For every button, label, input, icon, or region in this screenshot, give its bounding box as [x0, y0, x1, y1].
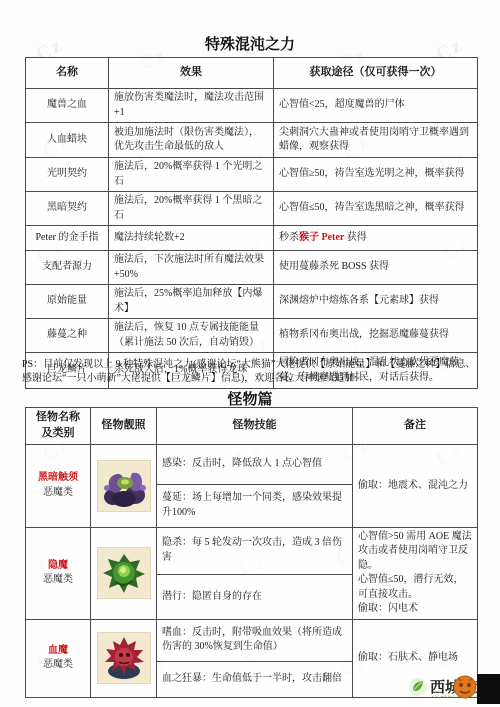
monster-row: 血魔 恶魔类 嗜血：反击时，附带吸血效果（将所造成伤害的 30%恢复到生命值） …	[26, 619, 478, 661]
column-header-skill: 怪物技能	[157, 408, 353, 445]
dark-tentacle-monster-image	[97, 460, 151, 512]
item-name: 光明契约	[26, 158, 109, 192]
monster-name-cell: 血魔 恶魔类	[26, 619, 91, 697]
monster-name: 黑暗触须	[31, 471, 85, 486]
monster-skill: 蔓延：场上每增加一个同类，感染效果提升100%	[157, 484, 353, 527]
table-row: Peter 的金手指 魔法持续轮数+2 秒杀猴子 Peter 获得	[26, 226, 478, 251]
table-row: 魔兽之血 施放伤害类魔法时，魔法攻击范围+1 心智值<25，超度魔兽的尸体	[26, 89, 478, 123]
item-effect: 施法后，20%概率获得 1 个光明之石	[109, 158, 274, 192]
monster-row: 黑暗触须 恶魔类	[26, 444, 478, 484]
table-row: 光明契约 施法后，20%概率获得 1 个光明之石 心智值≥50，祷告室选光明之神…	[26, 158, 478, 192]
item-acquire: 深渊熔炉中熔炼各系【元素球】获得	[274, 285, 478, 319]
item-acquire: 植物系冈布奥出战，挖掘恶魔藤蔓获得	[274, 319, 478, 353]
ps-note: PS：目前仅发现以上 9 种特殊混沌之力(感谢论坛“大熊猫”大佬提供【原始能量】…	[22, 358, 480, 385]
section-title-monsters: 怪物篇	[0, 388, 500, 409]
item-acquire: 心智值≤50，祷告室选黑暗之神，概率获得	[274, 192, 478, 226]
table-row: 藤蔓之种 施法后，恢复 10 点专属技能能量（累计施法 50 次后，自动销毁） …	[26, 319, 478, 353]
item-effect: 施放伤害类魔法时，魔法攻击范围+1	[109, 89, 274, 123]
monster-note: 偷取：地震术、混沌之力	[353, 444, 478, 527]
chaos-power-table: 名称 效果 获取途径（仅可获得一次） 魔兽之血 施放伤害类魔法时，魔法攻击范围+…	[25, 57, 478, 389]
table-row: 黑暗契约 施法后，20%概率获得 1 个黑暗之石 心智值≤50，祷告室选黑暗之神…	[26, 192, 478, 226]
column-header-photo: 怪物靓照	[91, 408, 157, 445]
monster-note: 心智值>50 需用 AOE 魔法攻击或者使用岗哨守卫反隐。 心智值≤50，潜行无…	[353, 527, 478, 619]
monster-skill: 隐杀：每 5 轮发动一次攻击，造成 3 倍伤害	[157, 527, 353, 574]
item-effect: 施法后，下次施法时所有魔法效果+50%	[109, 251, 274, 285]
item-effect: 施法后，25%概率追加释放【内爆术】	[109, 285, 274, 319]
acquire-text: 秒杀	[279, 232, 299, 243]
item-acquire: 秒杀猴子 Peter 获得	[274, 226, 478, 251]
column-header-effect: 效果	[109, 58, 274, 89]
blood-demon-monster-image	[97, 632, 151, 684]
monster-photo-cell	[91, 527, 157, 619]
monster-name: 血魔	[31, 644, 85, 659]
monster-row: 隐魔 恶魔类 隐杀：每 5 轮发动一次攻击，造成 3 倍伤害 心智值>50 需用…	[26, 527, 478, 574]
item-effect: 魔法持续轮数+2	[109, 226, 274, 251]
item-name: Peter 的金手指	[26, 226, 109, 251]
item-effect: 施法后，20%概率获得 1 个黑暗之石	[109, 192, 274, 226]
monster-photo-cell	[91, 619, 157, 697]
monster-category: 恶魔类	[31, 658, 85, 673]
column-header-note: 备注	[353, 408, 478, 445]
page-title: 特殊混沌之力	[0, 33, 500, 54]
table-header-row: 怪物名称及类别 怪物靓照 怪物技能 备注	[26, 408, 478, 445]
item-name: 原始能量	[26, 285, 109, 319]
acquire-highlight: 猴子 Peter	[299, 232, 344, 243]
table-row: 原始能量 施法后，25%概率追加释放【内爆术】 深渊熔炉中熔炼各系【元素球】获得	[26, 285, 478, 319]
column-header-monster-name: 怪物名称及类别	[26, 408, 91, 445]
item-name: 人血蜡块	[26, 123, 109, 158]
monster-photo-cell	[91, 444, 157, 527]
monster-name: 隐魔	[31, 559, 85, 574]
item-acquire: 心智值<25，超度魔兽的尸体	[274, 89, 478, 123]
item-acquire: 使用蔓藤杀死 BOSS 获得	[274, 251, 478, 285]
monster-name-cell: 黑暗触须 恶魔类	[26, 444, 91, 527]
monster-name-cell: 隐魔 恶魔类	[26, 527, 91, 619]
item-effect: 被追加施法时（限伤害类魔法），优先攻击生命最低的敌人	[109, 123, 274, 158]
monster-table: 怪物名称及类别 怪物靓照 怪物技能 备注 黑暗触须 恶魔类	[25, 407, 478, 698]
orange-mascot-icon	[452, 672, 478, 700]
acquire-text: 获得	[344, 232, 367, 243]
item-name: 藤蔓之种	[26, 319, 109, 353]
table-row: 支配者源力 施法后，下次施法时所有魔法效果+50% 使用蔓藤杀死 BOSS 获得	[26, 251, 478, 285]
column-header-name: 名称	[26, 58, 109, 89]
item-acquire: 尖刺洞穴大蛊神或者使用岗哨守卫概率遇到蜡像，观察获得	[274, 123, 478, 158]
monster-category: 恶魔类	[31, 573, 85, 588]
table-header-row: 名称 效果 获取途径（仅可获得一次）	[26, 58, 478, 89]
item-name: 魔兽之血	[26, 89, 109, 123]
leaf-logo-icon	[408, 677, 428, 697]
monster-skill: 血之狂暴：生命值低于一半时，攻击翻倍	[157, 661, 353, 697]
column-header-acquire: 获取途径（仅可获得一次）	[274, 58, 478, 89]
monster-skill: 潜行：隐匿自身的存在	[157, 574, 353, 619]
monster-skill: 感染：反击时，降低敌人 1 点心智值	[157, 444, 353, 484]
item-effect: 施法后，恢复 10 点专属技能能量（累计施法 50 次后，自动销毁）	[109, 319, 274, 353]
corner-black-block	[477, 674, 500, 704]
monster-category: 恶魔类	[31, 486, 85, 501]
table-row: 人血蜡块 被追加施法时（限伤害类魔法），优先攻击生命最低的敌人 尖刺洞穴大蛊神或…	[26, 123, 478, 158]
monster-skill: 嗜血：反击时，附带吸血效果（将所造成伤害的 30%恢复到生命值）	[157, 619, 353, 661]
item-acquire: 心智值≥50，祷告室选光明之神，概率获得	[274, 158, 478, 192]
item-name: 支配者源力	[26, 251, 109, 285]
document-page: CzCzCzCzCzCzCzCzCzCzCzCzCzCzCzCzCzCzCzCz…	[0, 0, 500, 707]
green-shadow-monster-image	[97, 547, 151, 599]
item-name: 黑暗契约	[26, 192, 109, 226]
